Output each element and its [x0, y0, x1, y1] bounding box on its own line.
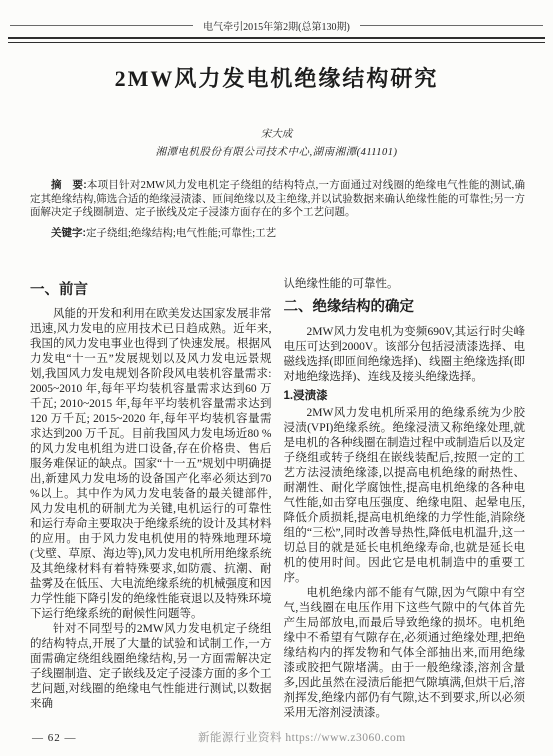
left-column: 一、前言 风能的开发和利用在欧美发达国家发展非常迅速,风力发电的应用技术已日趋成…	[30, 277, 272, 720]
right-column: 认绝缘性能的可靠性。 二、绝缘结构的确定 2MW风力发电机为变频690V,其运行…	[284, 277, 526, 720]
abstract-text: 本项目针对2MW风力发电机定子绕组的结构特点,一方面通过对线圈的绝缘电气性能的测…	[30, 180, 525, 218]
header-rule-left	[10, 25, 193, 26]
subsection-heading-impregnating-varnish: 1.浸渍漆	[284, 389, 526, 403]
keywords-paragraph: 关键字:定子绕组;绝缘结构;电气性能;可靠性;工艺	[30, 227, 525, 241]
page-title: 2MW风力发电机绝缘结构研究	[0, 62, 553, 93]
header-rule-right	[360, 25, 543, 26]
watermark-text: 新能源行业资料 https://www.z3060.com	[198, 729, 406, 745]
section-heading-insulation-structure: 二、绝缘结构的确定	[284, 299, 526, 316]
body-paragraph: 2MW风力发电机所采用的绝缘系统为少胶浸渍(VPI)绝缘系统。绝缘浸渍又称绝缘处…	[284, 406, 526, 586]
header-double-rule	[8, 37, 545, 43]
body-paragraph: 电机绝缘内部不能有气隙,因为气隙中有空气,当线圈在电压作用下这些气隙中的气体首先…	[284, 586, 526, 720]
body-paragraph: 针对不同型号的2MW风力发电机定子绕组的结构特点,开展了大量的试验和试制工作,一…	[30, 622, 272, 712]
author-affiliation: 湘潭电机股份有限公司技术中心,湖南湘潭(411101)	[0, 144, 553, 159]
body-columns: 一、前言 风能的开发和利用在欧美发达国家发展非常迅速,风力发电的应用技术已日趋成…	[30, 277, 525, 720]
author-name: 宋大成	[0, 126, 553, 141]
journal-header: 电气牵引2015年第2期(总第130期)	[10, 18, 543, 33]
body-paragraph: 2MW风力发电机为变频690V,其运行时尖峰电压可达到2000V。该部分包括浸渍…	[284, 325, 526, 385]
section-heading-preface: 一、前言	[30, 282, 272, 299]
body-paragraph-continuation: 认绝缘性能的可靠性。	[284, 277, 526, 292]
abstract-label: 摘 要:	[51, 179, 87, 191]
keywords-text: 定子绕组;绝缘结构;电气性能;可靠性;工艺	[86, 228, 276, 239]
keywords-label: 关键字:	[51, 227, 86, 239]
journal-issue-line: 电气牵引2015年第2期(总第130期)	[203, 18, 350, 33]
paper-page: 电气牵引2015年第2期(总第130期) 2MW风力发电机绝缘结构研究 宋大成 …	[0, 0, 553, 756]
body-paragraph: 风能的开发和利用在欧美发达国家发展非常迅速,风力发电的应用技术已日趋成熟。近年来…	[30, 307, 272, 622]
abstract-paragraph: 摘 要:本项目针对2MW风力发电机定子绕组的结构特点,一方面通过对线圈的绝缘电气…	[30, 179, 525, 220]
page-number: — 62 —	[32, 732, 77, 744]
abstract-block: 摘 要:本项目针对2MW风力发电机定子绕组的结构特点,一方面通过对线圈的绝缘电气…	[30, 179, 525, 240]
